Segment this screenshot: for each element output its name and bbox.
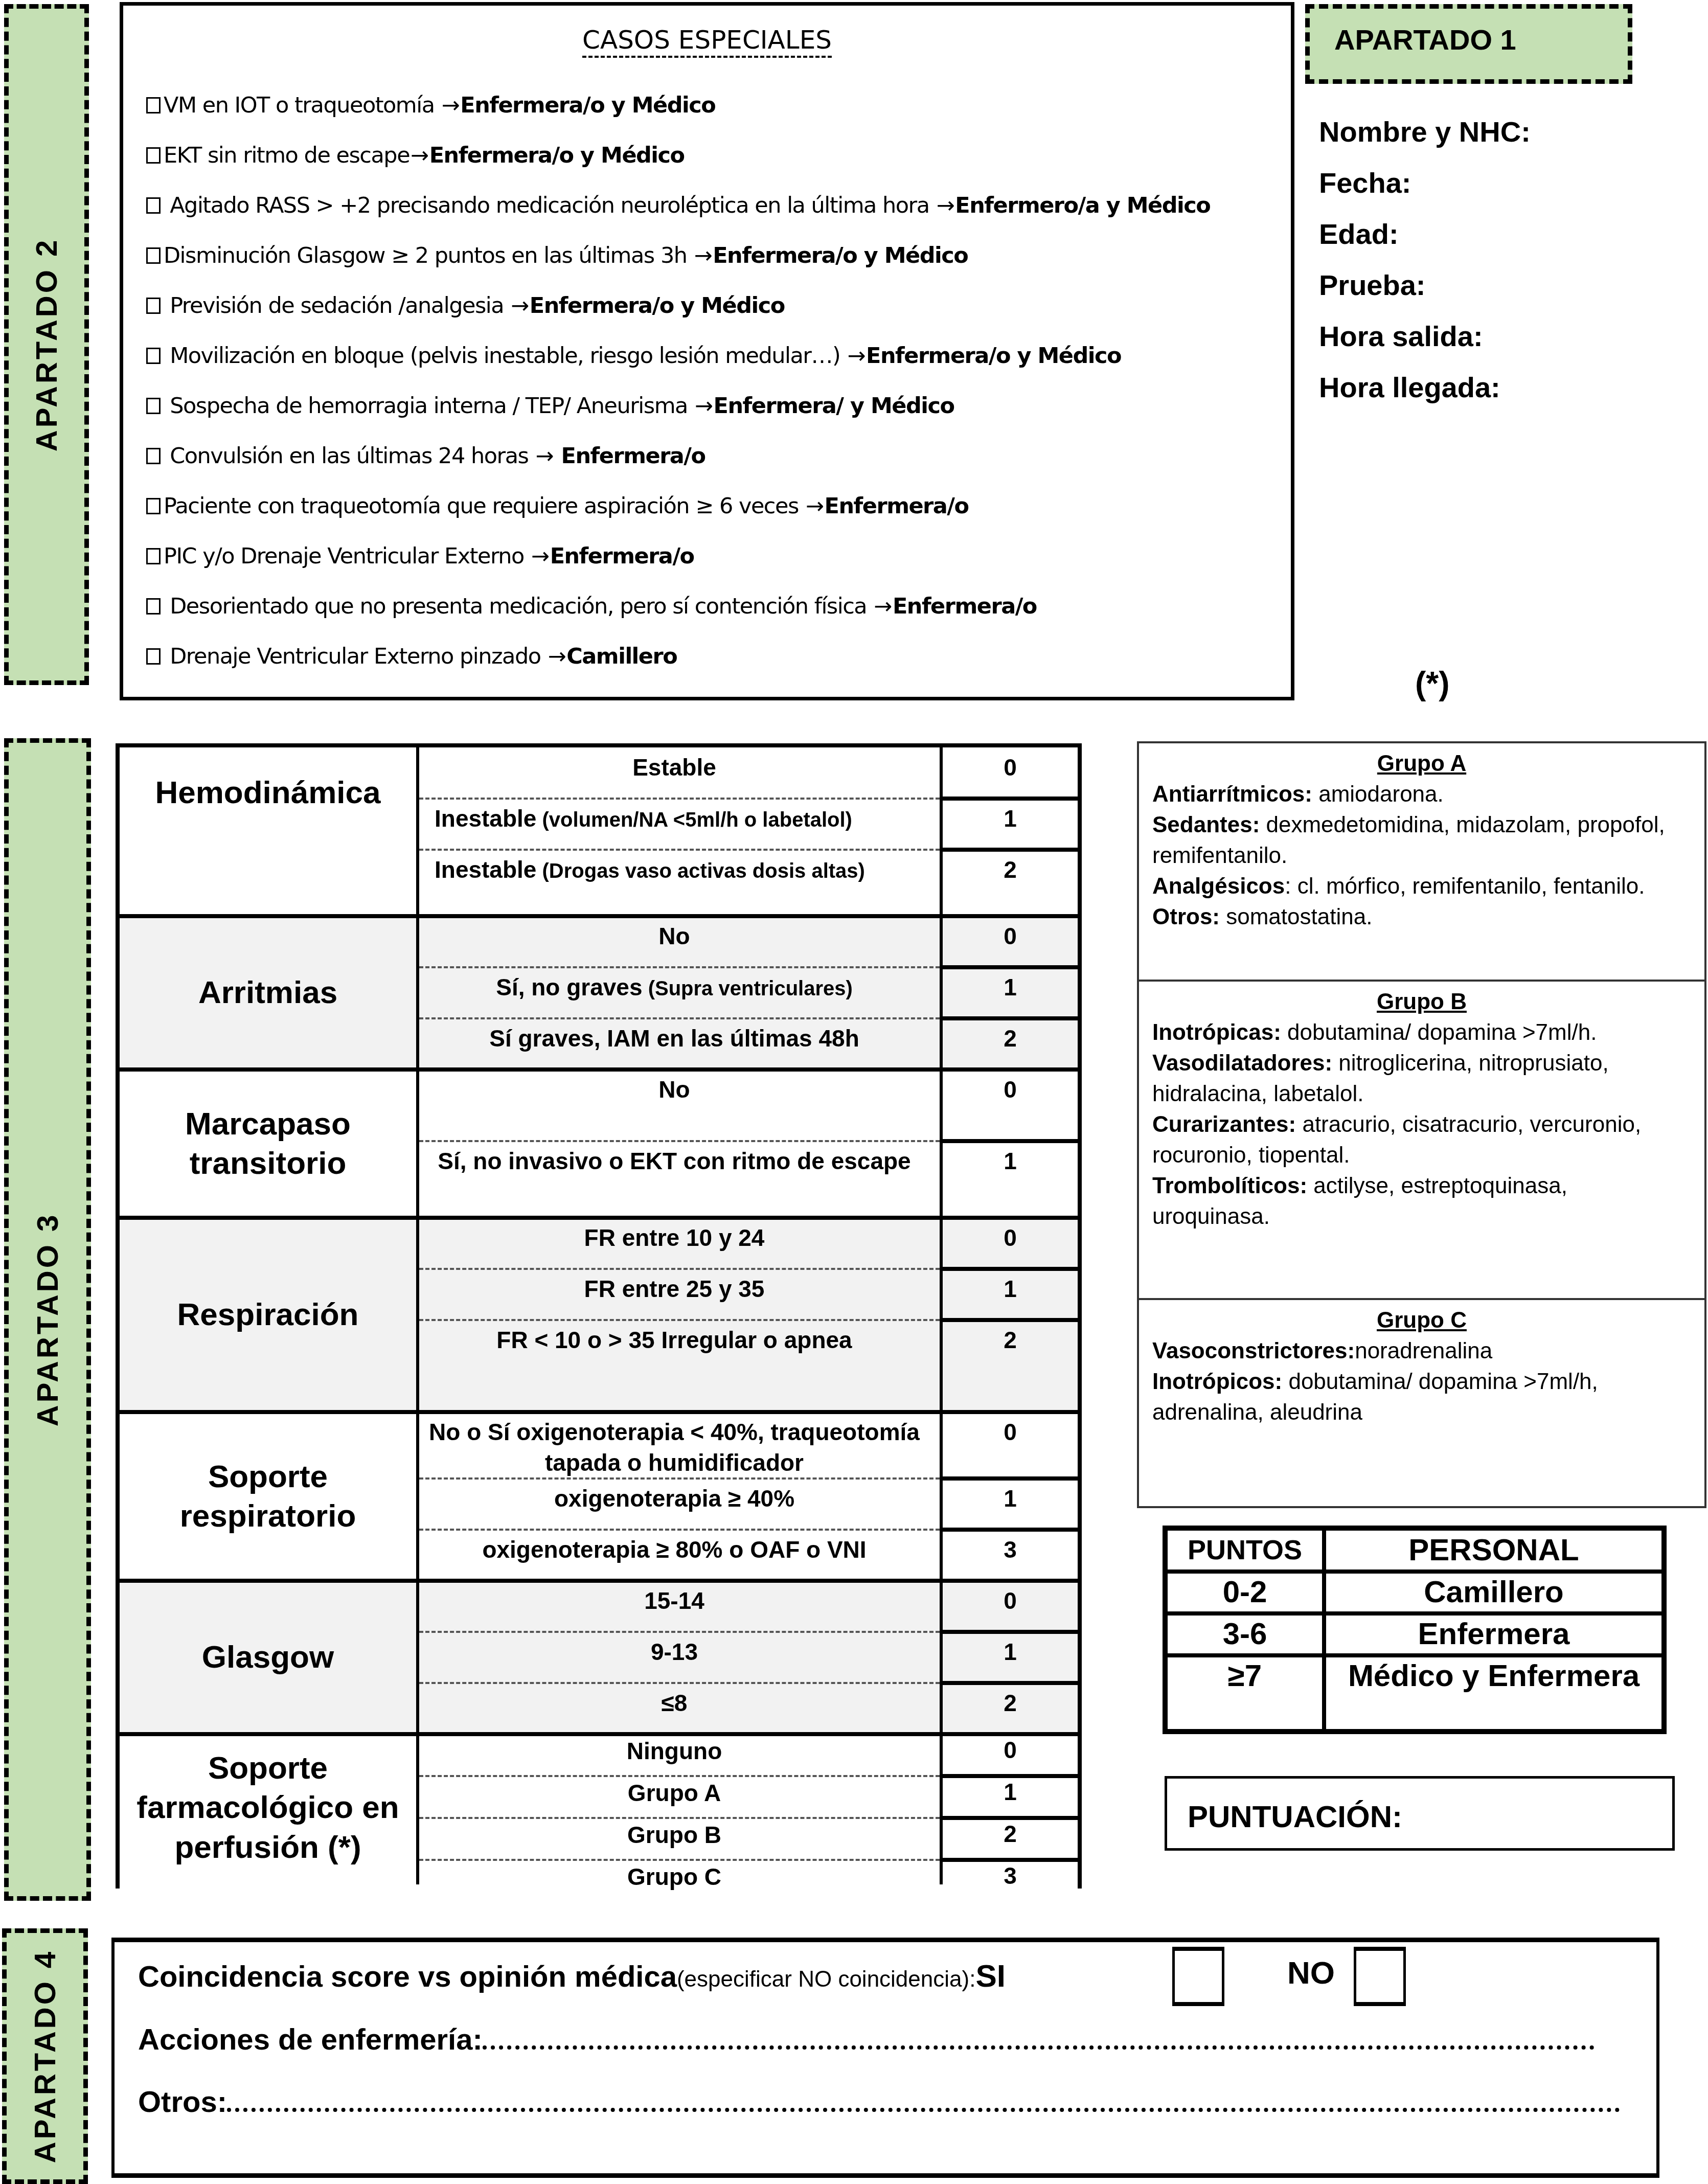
special-case-staff: Enfermera/o: [825, 493, 969, 519]
special-case-staff: Enfermera/o: [550, 543, 694, 569]
arrow-right-icon: →: [411, 143, 428, 168]
score-category: Hemodinámica: [120, 747, 416, 916]
score-points: 0: [943, 916, 1078, 967]
option-divider: [419, 1017, 940, 1019]
points-range: 0-2: [1168, 1573, 1322, 1611]
score-points: 1: [943, 1776, 1078, 1818]
option-divider: [419, 849, 940, 851]
si-checkbox[interactable]: [1172, 1947, 1224, 2006]
special-case-item[interactable]: Sospecha de hemorragia interna / TEP/ An…: [146, 393, 954, 419]
drug-group-section: Grupo BInotrópicas: dobutamina/ dopamina…: [1139, 980, 1704, 1237]
score-option-label: 9-13: [651, 1639, 698, 1665]
points-divider: [943, 1476, 1078, 1481]
drug-class: Trombolíticos:: [1152, 1173, 1307, 1198]
drug-list: somatostatina.: [1220, 904, 1372, 929]
score-option-note: (Drogas vaso activas dosis altas): [536, 860, 865, 882]
drug-group-entry: Trombolíticos: actilyse, estreptoquinasa…: [1152, 1171, 1691, 1232]
drug-group-title: Grupo B: [1152, 987, 1691, 1017]
special-case-item[interactable]: Convulsión en las últimas 24 horas → Enf…: [146, 443, 705, 469]
checkbox-icon[interactable]: [146, 247, 161, 264]
score-category: Arritmias: [120, 916, 416, 1070]
apartado-4-label: APARTADO 4: [2, 1928, 88, 2184]
arrow-right-icon: →: [695, 393, 713, 419]
acciones-label: Acciones de enfermería:: [138, 2023, 483, 2056]
drug-class: Vasoconstrictores:: [1152, 1338, 1355, 1363]
special-case-text: Previsión de sedación /analgesia: [164, 293, 510, 318]
special-case-text: Paciente con traqueotomía que requiere a…: [164, 493, 805, 519]
score-option-note: (volumen/NA <5ml/h o labetalol): [536, 809, 852, 831]
score-option-label: FR entre 10 y 24: [584, 1224, 765, 1251]
score-points: 2: [943, 1683, 1078, 1734]
drug-list: amiodarona.: [1312, 782, 1444, 807]
drug-class: Inotrópicas:: [1152, 1020, 1281, 1045]
special-case-staff: Camillero: [566, 644, 677, 669]
score-option-label: ≤8: [662, 1690, 688, 1716]
score-option[interactable]: Grupo B: [419, 1818, 940, 1860]
special-case-item[interactable]: Drenaje Ventricular Externo pinzado →Cam…: [146, 644, 677, 669]
coincidencia-note: (especificar NO coincidencia):: [677, 1967, 975, 1992]
drug-class: Curarizantes:: [1152, 1112, 1296, 1137]
arrow-right-icon: →: [548, 644, 566, 669]
column-divider: [940, 747, 943, 1884]
score-option[interactable]: Sí, no graves (Supra ventriculares): [419, 967, 940, 1018]
casos-especiales-box: CASOS ESPECIALES VM en IOT o traqueotomí…: [120, 2, 1294, 700]
special-case-staff: Enfermera/o: [554, 443, 705, 469]
option-divider: [419, 1319, 940, 1321]
drug-class: Vasodilatadores:: [1152, 1051, 1332, 1076]
special-case-staff: Enfermera/o y Médico: [460, 93, 715, 118]
checkbox-icon[interactable]: [146, 548, 161, 564]
score-option-label: No: [658, 923, 690, 949]
group-divider: [120, 1216, 1078, 1220]
patient-field-label[interactable]: Prueba:: [1319, 268, 1426, 302]
score-option[interactable]: Estable: [419, 747, 940, 799]
score-points: 2: [943, 850, 1078, 916]
casos-especiales-title: CASOS ESPECIALES: [123, 25, 1291, 55]
score-option-label: Ninguno: [627, 1738, 722, 1764]
score-option[interactable]: Ninguno: [419, 1734, 940, 1776]
patient-field-label[interactable]: Edad:: [1319, 217, 1399, 251]
option-divider: [419, 1682, 940, 1684]
acciones-dotted-line[interactable]: [483, 2042, 1595, 2050]
score-option[interactable]: Inestable (volumen/NA <5ml/h o labetalol…: [419, 799, 940, 850]
staff-assignment: Enfermera: [1326, 1614, 1661, 1653]
score-points: 2: [943, 1818, 1078, 1860]
special-case-text: Convulsión en las últimas 24 horas: [164, 443, 535, 469]
special-case-text: Disminución Glasgow ≥ 2 puntos en las úl…: [164, 243, 693, 268]
drug-group-title: Grupo C: [1152, 1305, 1691, 1336]
drug-group-entry: Inotrópicas: dobutamina/ dopamina >7ml/h…: [1152, 1017, 1691, 1048]
score-points: 1: [943, 1141, 1078, 1218]
score-points: 1: [943, 1269, 1078, 1320]
special-case-item[interactable]: Movilización en bloque (pelvis inestable…: [146, 343, 1121, 369]
drug-group-section: Grupo CVasoconstrictores:noradrenalinaIn…: [1139, 1298, 1704, 1433]
score-option-label: oxigenoterapia ≥ 80% o OAF o VNI: [482, 1536, 866, 1563]
score-option-label: FR entre 25 y 35: [584, 1276, 765, 1302]
points-divider: [943, 1318, 1078, 1322]
score-option-label: Sí, no invasivo o EKT con ritmo de escap…: [438, 1148, 910, 1174]
option-divider: [419, 966, 940, 968]
special-case-staff: Enfermero/a y Médico: [955, 193, 1210, 218]
score-option-label: Grupo B: [627, 1822, 721, 1848]
special-case-staff: Enfermera/o y Médico: [530, 293, 785, 318]
score-group: Glasgow15-1409-131≤82: [120, 1581, 1078, 1734]
staff-header: PERSONAL: [1326, 1531, 1661, 1569]
score-points: 0: [943, 1734, 1078, 1776]
score-points: 2: [943, 1320, 1078, 1412]
score-option[interactable]: ≤8: [419, 1683, 940, 1734]
drug-class: Sedantes:: [1152, 812, 1260, 837]
score-option[interactable]: Inestable (Drogas vaso activas dosis alt…: [419, 850, 940, 916]
special-case-staff: Enfermera/o: [893, 594, 1037, 619]
coincidencia-label: Coincidencia score vs opinión médica: [138, 1960, 677, 1993]
score-option[interactable]: FR < 10 o > 35 Irregular o apnea: [419, 1320, 940, 1412]
score-option-label: No o Sí oxigenoterapia < 40%, traqueotom…: [429, 1419, 920, 1476]
drug-group-entry: Antiarrítmicos: amiodarona.: [1152, 779, 1691, 810]
score-option[interactable]: oxigenoterapia ≥ 40%: [419, 1478, 940, 1530]
special-case-text: EKT sin ritmo de escape: [164, 143, 409, 168]
checkbox-icon[interactable]: [146, 147, 161, 164]
column-divider: [416, 747, 419, 1884]
drug-group-title: Grupo A: [1152, 748, 1691, 779]
drug-class: Otros:: [1152, 904, 1220, 929]
score-option[interactable]: 15-14: [419, 1581, 940, 1632]
score-option-label: Sí, no graves: [496, 974, 642, 1000]
score-option-label: Sí graves, IAM en las últimas 48h: [489, 1025, 859, 1052]
drug-group-entry: Curarizantes: atracurio, cisatracurio, v…: [1152, 1109, 1691, 1171]
score-total-label: PUNTUACIÓN:: [1188, 1800, 1402, 1834]
drug-class: Inotrópicos:: [1152, 1369, 1282, 1394]
score-group: Soporte farmacológico en perfusión (*)Ni…: [120, 1734, 1078, 1902]
special-case-item[interactable]: VM en IOT o traqueotomía →Enfermera/o y …: [146, 93, 715, 118]
points-divider: [943, 1016, 1078, 1020]
score-option-label: No: [658, 1076, 690, 1103]
drug-groups-box: Grupo AAntiarrítmicos: amiodarona.Sedant…: [1137, 741, 1706, 1508]
checkbox-icon[interactable]: [146, 448, 161, 464]
apartado-3-label: APARTADO 3: [4, 738, 91, 1901]
apartado-1-text: APARTADO 1: [1334, 24, 1516, 56]
no-checkbox[interactable]: [1354, 1947, 1406, 2006]
option-divider: [419, 1268, 940, 1270]
drug-group-entry: Vasoconstrictores:noradrenalina: [1152, 1336, 1691, 1367]
special-case-item[interactable]: Disminución Glasgow ≥ 2 puntos en las úl…: [146, 243, 968, 268]
drug-group-section: Grupo AAntiarrítmicos: amiodarona.Sedant…: [1139, 743, 1704, 938]
drug-class: Analgésicos: [1152, 874, 1285, 899]
checkbox-icon[interactable]: [146, 598, 161, 615]
otros-label: Otros:: [138, 2085, 227, 2119]
group-divider: [120, 1732, 1078, 1736]
points-divider: [943, 848, 1078, 852]
points-divider: [943, 1681, 1078, 1685]
group-divider: [120, 1410, 1078, 1414]
score-points: 3: [943, 1860, 1078, 1902]
option-divider: [419, 1775, 940, 1777]
points-divider: [943, 1858, 1078, 1862]
option-divider: [419, 1477, 940, 1480]
special-case-text: Movilización en bloque (pelvis inestable…: [164, 343, 847, 369]
score-points: 0: [943, 1412, 1078, 1478]
score-option-label: 15-14: [644, 1587, 704, 1614]
patient-field-label[interactable]: Hora salida:: [1319, 320, 1483, 353]
staff-assignment: Médico y Enfermera: [1326, 1656, 1661, 1695]
score-option-note: (Supra ventriculares): [643, 977, 853, 1000]
score-option[interactable]: FR entre 25 y 35: [419, 1269, 940, 1320]
score-option-label: Estable: [632, 754, 716, 781]
points-range: 3-6: [1168, 1614, 1322, 1653]
row-divider: [1168, 1653, 1661, 1657]
no-label: NO: [1287, 1955, 1335, 1991]
score-option[interactable]: Grupo C: [419, 1860, 940, 1902]
score-group: ArritmiasNo0Sí, no graves (Supra ventric…: [120, 916, 1078, 1070]
drug-list: dobutamina/ dopamina >7ml/h.: [1281, 1020, 1597, 1045]
points-divider: [943, 965, 1078, 969]
score-option[interactable]: oxigenoterapia ≥ 80% o OAF o VNI: [419, 1530, 940, 1581]
coincidencia-row: Coincidencia score vs opinión médica(esp…: [138, 1958, 1006, 1994]
option-divider: [419, 1859, 940, 1861]
checkbox-icon[interactable]: [146, 97, 161, 113]
apartado-2-text: APARTADO 2: [30, 238, 64, 451]
points-divider: [943, 1139, 1078, 1143]
score-option[interactable]: No o Sí oxigenoterapia < 40%, traqueotom…: [419, 1412, 940, 1478]
arrow-right-icon: →: [937, 193, 954, 218]
points-staff-table: PUNTOSPERSONAL0-2Camillero3-6Enfermera≥7…: [1163, 1526, 1667, 1734]
drug-group-entry: Sedantes: dexmedetomidina, midazolam, pr…: [1152, 810, 1691, 871]
drug-list: noradrenalina: [1355, 1338, 1492, 1363]
score-points: 1: [943, 799, 1078, 850]
score-points: 0: [943, 1218, 1078, 1269]
arrow-right-icon: →: [531, 543, 549, 569]
patient-field-label[interactable]: Hora llegada:: [1319, 371, 1500, 404]
points-divider: [943, 1774, 1078, 1778]
special-case-text: Desorientado que no presenta medicación,…: [164, 594, 873, 619]
score-option-label: oxigenoterapia ≥ 40%: [554, 1485, 794, 1512]
special-case-text: Sospecha de hemorragia interna / TEP/ An…: [164, 393, 694, 419]
score-category: Soporte respiratorio: [120, 1412, 416, 1581]
score-option-label: Grupo A: [628, 1780, 721, 1806]
special-case-staff: Enfermera/o y Médico: [713, 243, 968, 268]
otros-row[interactable]: Otros:: [138, 2085, 1620, 2119]
option-divider: [419, 1529, 940, 1531]
drug-class: Antiarrítmicos:: [1152, 782, 1312, 807]
score-points: 0: [943, 1070, 1078, 1141]
score-group: HemodinámicaEstable0Inestable (volumen/N…: [120, 747, 1078, 916]
score-option-label: FR < 10 o > 35 Irregular o apnea: [496, 1327, 852, 1353]
special-case-staff: Enfermera/o y Médico: [429, 143, 685, 168]
score-points: 0: [943, 747, 1078, 799]
score-category: Marcapaso transitorio: [120, 1070, 416, 1218]
special-case-text: Drenaje Ventricular Externo pinzado: [164, 644, 547, 669]
score-option-label: Grupo C: [627, 1863, 721, 1890]
drug-group-entry: Otros: somatostatina.: [1152, 902, 1691, 932]
score-points: 2: [943, 1018, 1078, 1070]
arrow-right-icon: →: [874, 594, 892, 619]
option-divider: [419, 1817, 940, 1819]
score-option[interactable]: Grupo A: [419, 1776, 940, 1818]
checkbox-icon[interactable]: [146, 298, 161, 314]
score-option[interactable]: Sí graves, IAM en las últimas 48h: [419, 1018, 940, 1070]
otros-dotted-line[interactable]: [227, 2105, 1620, 2112]
score-option-label: Inestable: [435, 805, 536, 832]
special-case-staff: Enfermera/ y Médico: [714, 393, 954, 419]
points-divider: [943, 1816, 1078, 1820]
score-total-field[interactable]: PUNTUACIÓN:: [1165, 1776, 1675, 1851]
special-case-item[interactable]: Paciente con traqueotomía que requiere a…: [146, 493, 969, 519]
points-divider: [943, 1267, 1078, 1271]
score-points: 0: [943, 1581, 1078, 1632]
score-points: 1: [943, 1632, 1078, 1683]
special-case-item[interactable]: EKT sin ritmo de escape→Enfermera/o y Mé…: [146, 143, 685, 168]
checkbox-icon[interactable]: [146, 498, 161, 514]
score-option[interactable]: 9-13: [419, 1632, 940, 1683]
arrow-right-icon: →: [536, 443, 554, 469]
arrow-right-icon: →: [511, 293, 529, 318]
special-case-item[interactable]: PIC y/o Drenaje Ventricular Externo →Enf…: [146, 543, 694, 569]
arrow-right-icon: →: [694, 243, 712, 268]
checkbox-icon[interactable]: [146, 197, 161, 214]
special-case-text: Agitado RASS > +2 precisando medicación …: [164, 193, 936, 218]
footnote-mark: (*): [1415, 665, 1450, 702]
special-case-item[interactable]: Previsión de sedación /analgesia →Enferm…: [146, 293, 785, 318]
patient-field-label[interactable]: Nombre y NHC:: [1319, 115, 1531, 148]
score-option-label: Inestable: [435, 856, 536, 883]
score-group: Soporte respiratorioNo o Sí oxigenoterap…: [120, 1412, 1078, 1581]
special-case-item[interactable]: Agitado RASS > +2 precisando medicación …: [146, 193, 1210, 218]
score-option[interactable]: FR entre 10 y 24: [419, 1218, 940, 1269]
drug-group-entry: Vasodilatadores: nitroglicerina, nitropr…: [1152, 1048, 1691, 1109]
special-case-text: PIC y/o Drenaje Ventricular Externo: [164, 543, 530, 569]
group-divider: [120, 1579, 1078, 1583]
score-option[interactable]: Sí, no invasivo o EKT con ritmo de escap…: [419, 1141, 940, 1218]
special-case-text: VM en IOT o traqueotomía: [164, 93, 441, 118]
points-header: PUNTOS: [1168, 1531, 1322, 1569]
special-case-item[interactable]: Desorientado que no presenta medicación,…: [146, 594, 1037, 619]
checkbox-icon[interactable]: [146, 348, 161, 364]
score-points: 1: [943, 967, 1078, 1018]
group-divider: [120, 1067, 1078, 1072]
patient-field-label[interactable]: Fecha:: [1319, 166, 1411, 199]
score-table: HemodinámicaEstable0Inestable (volumen/N…: [116, 743, 1082, 1889]
special-case-staff: Enfermera/o y Médico: [866, 343, 1121, 369]
drug-group-entry: Inotrópicos: dobutamina/ dopamina >7ml/h…: [1152, 1367, 1691, 1428]
drug-group-entry: Analgésicos: cl. mórfico, remifentanilo,…: [1152, 871, 1691, 902]
row-divider: [1168, 1569, 1661, 1574]
score-category: Glasgow: [120, 1581, 416, 1734]
score-category: Respiración: [120, 1218, 416, 1412]
checkbox-icon[interactable]: [146, 648, 161, 665]
points-divider: [943, 1528, 1078, 1532]
score-option[interactable]: No: [419, 1070, 940, 1141]
points-range: ≥7: [1168, 1656, 1322, 1695]
checkbox-icon[interactable]: [146, 398, 161, 414]
apartado-4-text: APARTADO 4: [28, 1949, 62, 2163]
option-divider: [419, 798, 940, 800]
score-option[interactable]: No: [419, 916, 940, 967]
score-group: RespiraciónFR entre 10 y 240FR entre 25 …: [120, 1218, 1078, 1412]
points-divider: [943, 1630, 1078, 1634]
points-divider: [943, 797, 1078, 801]
arrow-right-icon: →: [442, 93, 460, 118]
score-points: 3: [943, 1530, 1078, 1581]
acciones-row[interactable]: Acciones de enfermería:: [138, 2022, 1595, 2057]
si-label: SI: [975, 1959, 1006, 1994]
arrow-right-icon: →: [848, 343, 866, 369]
option-divider: [419, 1140, 940, 1142]
arrow-right-icon: →: [806, 493, 824, 519]
option-divider: [419, 1631, 940, 1633]
drug-list: : cl. mórfico, remifentanilo, fentanilo.: [1285, 874, 1645, 899]
group-divider: [120, 914, 1078, 918]
score-category: Soporte farmacológico en perfusión (*): [120, 1734, 416, 1881]
score-points: 1: [943, 1478, 1078, 1530]
apartado-2-label: APARTADO 2: [4, 4, 89, 685]
apartado-1-label: APARTADO 1: [1305, 4, 1632, 84]
column-divider: [1322, 1531, 1326, 1729]
staff-assignment: Camillero: [1326, 1573, 1661, 1611]
score-group: Marcapaso transitorioNo0Sí, no invasivo …: [120, 1070, 1078, 1218]
row-divider: [1168, 1611, 1661, 1616]
apartado-3-text: APARTADO 3: [31, 1213, 65, 1426]
